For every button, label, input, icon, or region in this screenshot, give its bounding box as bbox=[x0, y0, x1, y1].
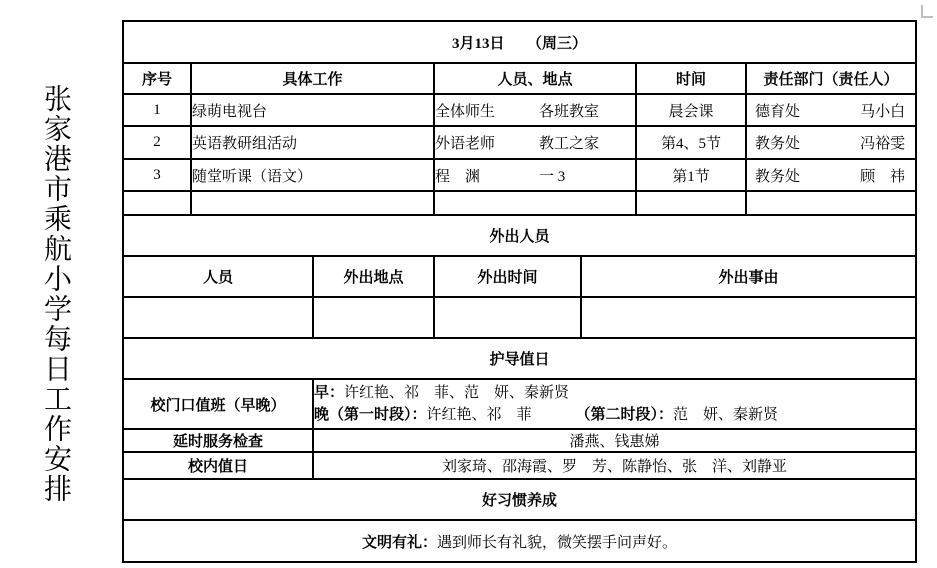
row-owner: 马小白 bbox=[860, 100, 905, 121]
row-person: 外语老师 bbox=[435, 132, 539, 153]
duty-gate-content: 早：许红艳、祁 菲、范 妍、秦新贤 晚（第一时段）：许红艳、祁 菲（第二时段）：… bbox=[313, 379, 916, 429]
row-person-place: 全体师生各班教室 bbox=[434, 94, 636, 126]
row-person: 全体师生 bbox=[435, 100, 539, 121]
duty-gate-row: 校门口值班（早晚） 早：许红艳、祁 菲、范 妍、秦新贤 晚（第一时段）：许红艳、… bbox=[123, 379, 916, 429]
row-place: 各班教室 bbox=[539, 104, 599, 120]
row-person: 程 渊 bbox=[435, 165, 539, 186]
row-dept-owner: 教务处冯裕雯 bbox=[746, 126, 916, 159]
outing-col-reason: 外出事由 bbox=[581, 256, 916, 297]
outing-title: 外出人员 bbox=[123, 215, 916, 256]
duty-gate-label: 校门口值班（早晚） bbox=[123, 379, 313, 429]
outing-row-empty bbox=[123, 297, 916, 338]
empty-cell bbox=[746, 191, 916, 215]
row-place: 教工之家 bbox=[539, 136, 599, 152]
duty-title: 护导值日 bbox=[123, 338, 916, 379]
row-dept: 德育处 bbox=[755, 100, 800, 121]
duty-title-row: 护导值日 bbox=[123, 338, 916, 379]
duty-gate-morning-names: 许红艳、祁 菲、范 妍、秦新贤 bbox=[344, 385, 569, 401]
row-person-place: 外语老师教工之家 bbox=[434, 126, 636, 159]
outing-header-row: 人员 外出地点 外出时间 外出事由 bbox=[123, 256, 916, 297]
row-task: 英语教研组活动 bbox=[191, 126, 434, 159]
date-title-row: 3月13日 （周三） bbox=[123, 21, 916, 63]
row-dept: 教务处 bbox=[755, 165, 800, 186]
habit-prefix: 文明有礼： bbox=[362, 535, 437, 551]
duty-campus-row: 校内值日 刘家琦、邵海霞、罗 芳、陈静怡、张 洋、刘静亚 bbox=[123, 452, 916, 479]
duty-gate-evening-prefix: 晚（第一时段）： bbox=[314, 407, 427, 423]
date-title: 3月13日 （周三） bbox=[123, 21, 916, 63]
row-time: 第1节 bbox=[636, 159, 746, 191]
work-row: 1 绿萌电视台 全体师生各班教室 晨会课 德育处马小白 bbox=[123, 94, 916, 126]
col-header-task: 具体工作 bbox=[191, 63, 434, 94]
empty-cell bbox=[123, 191, 191, 215]
empty-cell bbox=[313, 297, 434, 338]
page-corner-mark bbox=[921, 5, 933, 18]
duty-gate-evening-names: 许红艳、祁 菲 bbox=[427, 407, 532, 423]
col-header-time: 时间 bbox=[636, 63, 746, 94]
col-header-person-place: 人员、地点 bbox=[434, 63, 636, 94]
daily-schedule-table: 3月13日 （周三） 序号 具体工作 人员、地点 时间 责任部门（责任人） 1 … bbox=[122, 20, 917, 563]
duty-gate-line1: 早：许红艳、祁 菲、范 妍、秦新贤 bbox=[314, 382, 915, 404]
row-no: 2 bbox=[123, 126, 191, 159]
row-task: 随堂听课（语文） bbox=[191, 159, 434, 191]
duty-campus-names: 刘家琦、邵海霞、罗 芳、陈静怡、张 洋、刘静亚 bbox=[313, 452, 916, 479]
row-time: 第4、5节 bbox=[636, 126, 746, 159]
row-dept: 教务处 bbox=[755, 132, 800, 153]
duty-campus-label: 校内值日 bbox=[123, 452, 313, 479]
outing-col-time: 外出时间 bbox=[434, 256, 581, 297]
empty-cell bbox=[581, 297, 916, 338]
empty-cell bbox=[191, 191, 434, 215]
habit-content-row: 文明有礼：遇到师长有礼貌，微笑摆手问声好。 bbox=[123, 520, 916, 562]
col-header-dept: 责任部门（责任人） bbox=[746, 63, 916, 94]
empty-cell bbox=[123, 297, 313, 338]
habit-text: 遇到师长有礼貌，微笑摆手问声好。 bbox=[437, 535, 677, 551]
work-row: 3 随堂听课（语文） 程 渊一 3 第1节 教务处顾 祎 bbox=[123, 159, 916, 191]
duty-delay-row: 延时服务检查 潘燕、钱惠娣 bbox=[123, 429, 916, 452]
empty-cell bbox=[636, 191, 746, 215]
row-time: 晨会课 bbox=[636, 94, 746, 126]
row-owner: 冯裕雯 bbox=[860, 132, 905, 153]
duty-gate-second-names: 范 妍、秦新贤 bbox=[673, 407, 778, 423]
habit-content-cell: 文明有礼：遇到师长有礼貌，微笑摆手问声好。 bbox=[123, 520, 916, 562]
duty-gate-morning-prefix: 早： bbox=[314, 385, 344, 401]
habit-title-row: 好习惯养成 bbox=[123, 479, 916, 520]
empty-cell bbox=[434, 191, 636, 215]
row-no: 3 bbox=[123, 159, 191, 191]
outing-col-person: 人员 bbox=[123, 256, 313, 297]
habit-title: 好习惯养成 bbox=[123, 479, 916, 520]
row-no: 1 bbox=[123, 94, 191, 126]
col-header-no: 序号 bbox=[123, 63, 191, 94]
row-place: 一 3 bbox=[539, 169, 565, 185]
work-row: 2 英语教研组活动 外语老师教工之家 第4、5节 教务处冯裕雯 bbox=[123, 126, 916, 159]
row-task: 绿萌电视台 bbox=[191, 94, 434, 126]
row-person-place: 程 渊一 3 bbox=[434, 159, 636, 191]
outing-col-place: 外出地点 bbox=[313, 256, 434, 297]
row-owner: 顾 祎 bbox=[860, 165, 905, 186]
empty-cell bbox=[434, 297, 581, 338]
work-header-row: 序号 具体工作 人员、地点 时间 责任部门（责任人） bbox=[123, 63, 916, 94]
duty-gate-second-prefix: （第二时段）： bbox=[576, 407, 674, 423]
school-vertical-title: 张家港市乘航小学每日工作安排 bbox=[36, 84, 74, 504]
duty-delay-names: 潘燕、钱惠娣 bbox=[313, 429, 916, 452]
duty-gate-line2: 晚（第一时段）：许红艳、祁 菲（第二时段）：范 妍、秦新贤 bbox=[314, 404, 915, 426]
work-row-empty bbox=[123, 191, 916, 215]
row-dept-owner: 德育处马小白 bbox=[746, 94, 916, 126]
duty-delay-label: 延时服务检查 bbox=[123, 429, 313, 452]
outing-title-row: 外出人员 bbox=[123, 215, 916, 256]
row-dept-owner: 教务处顾 祎 bbox=[746, 159, 916, 191]
